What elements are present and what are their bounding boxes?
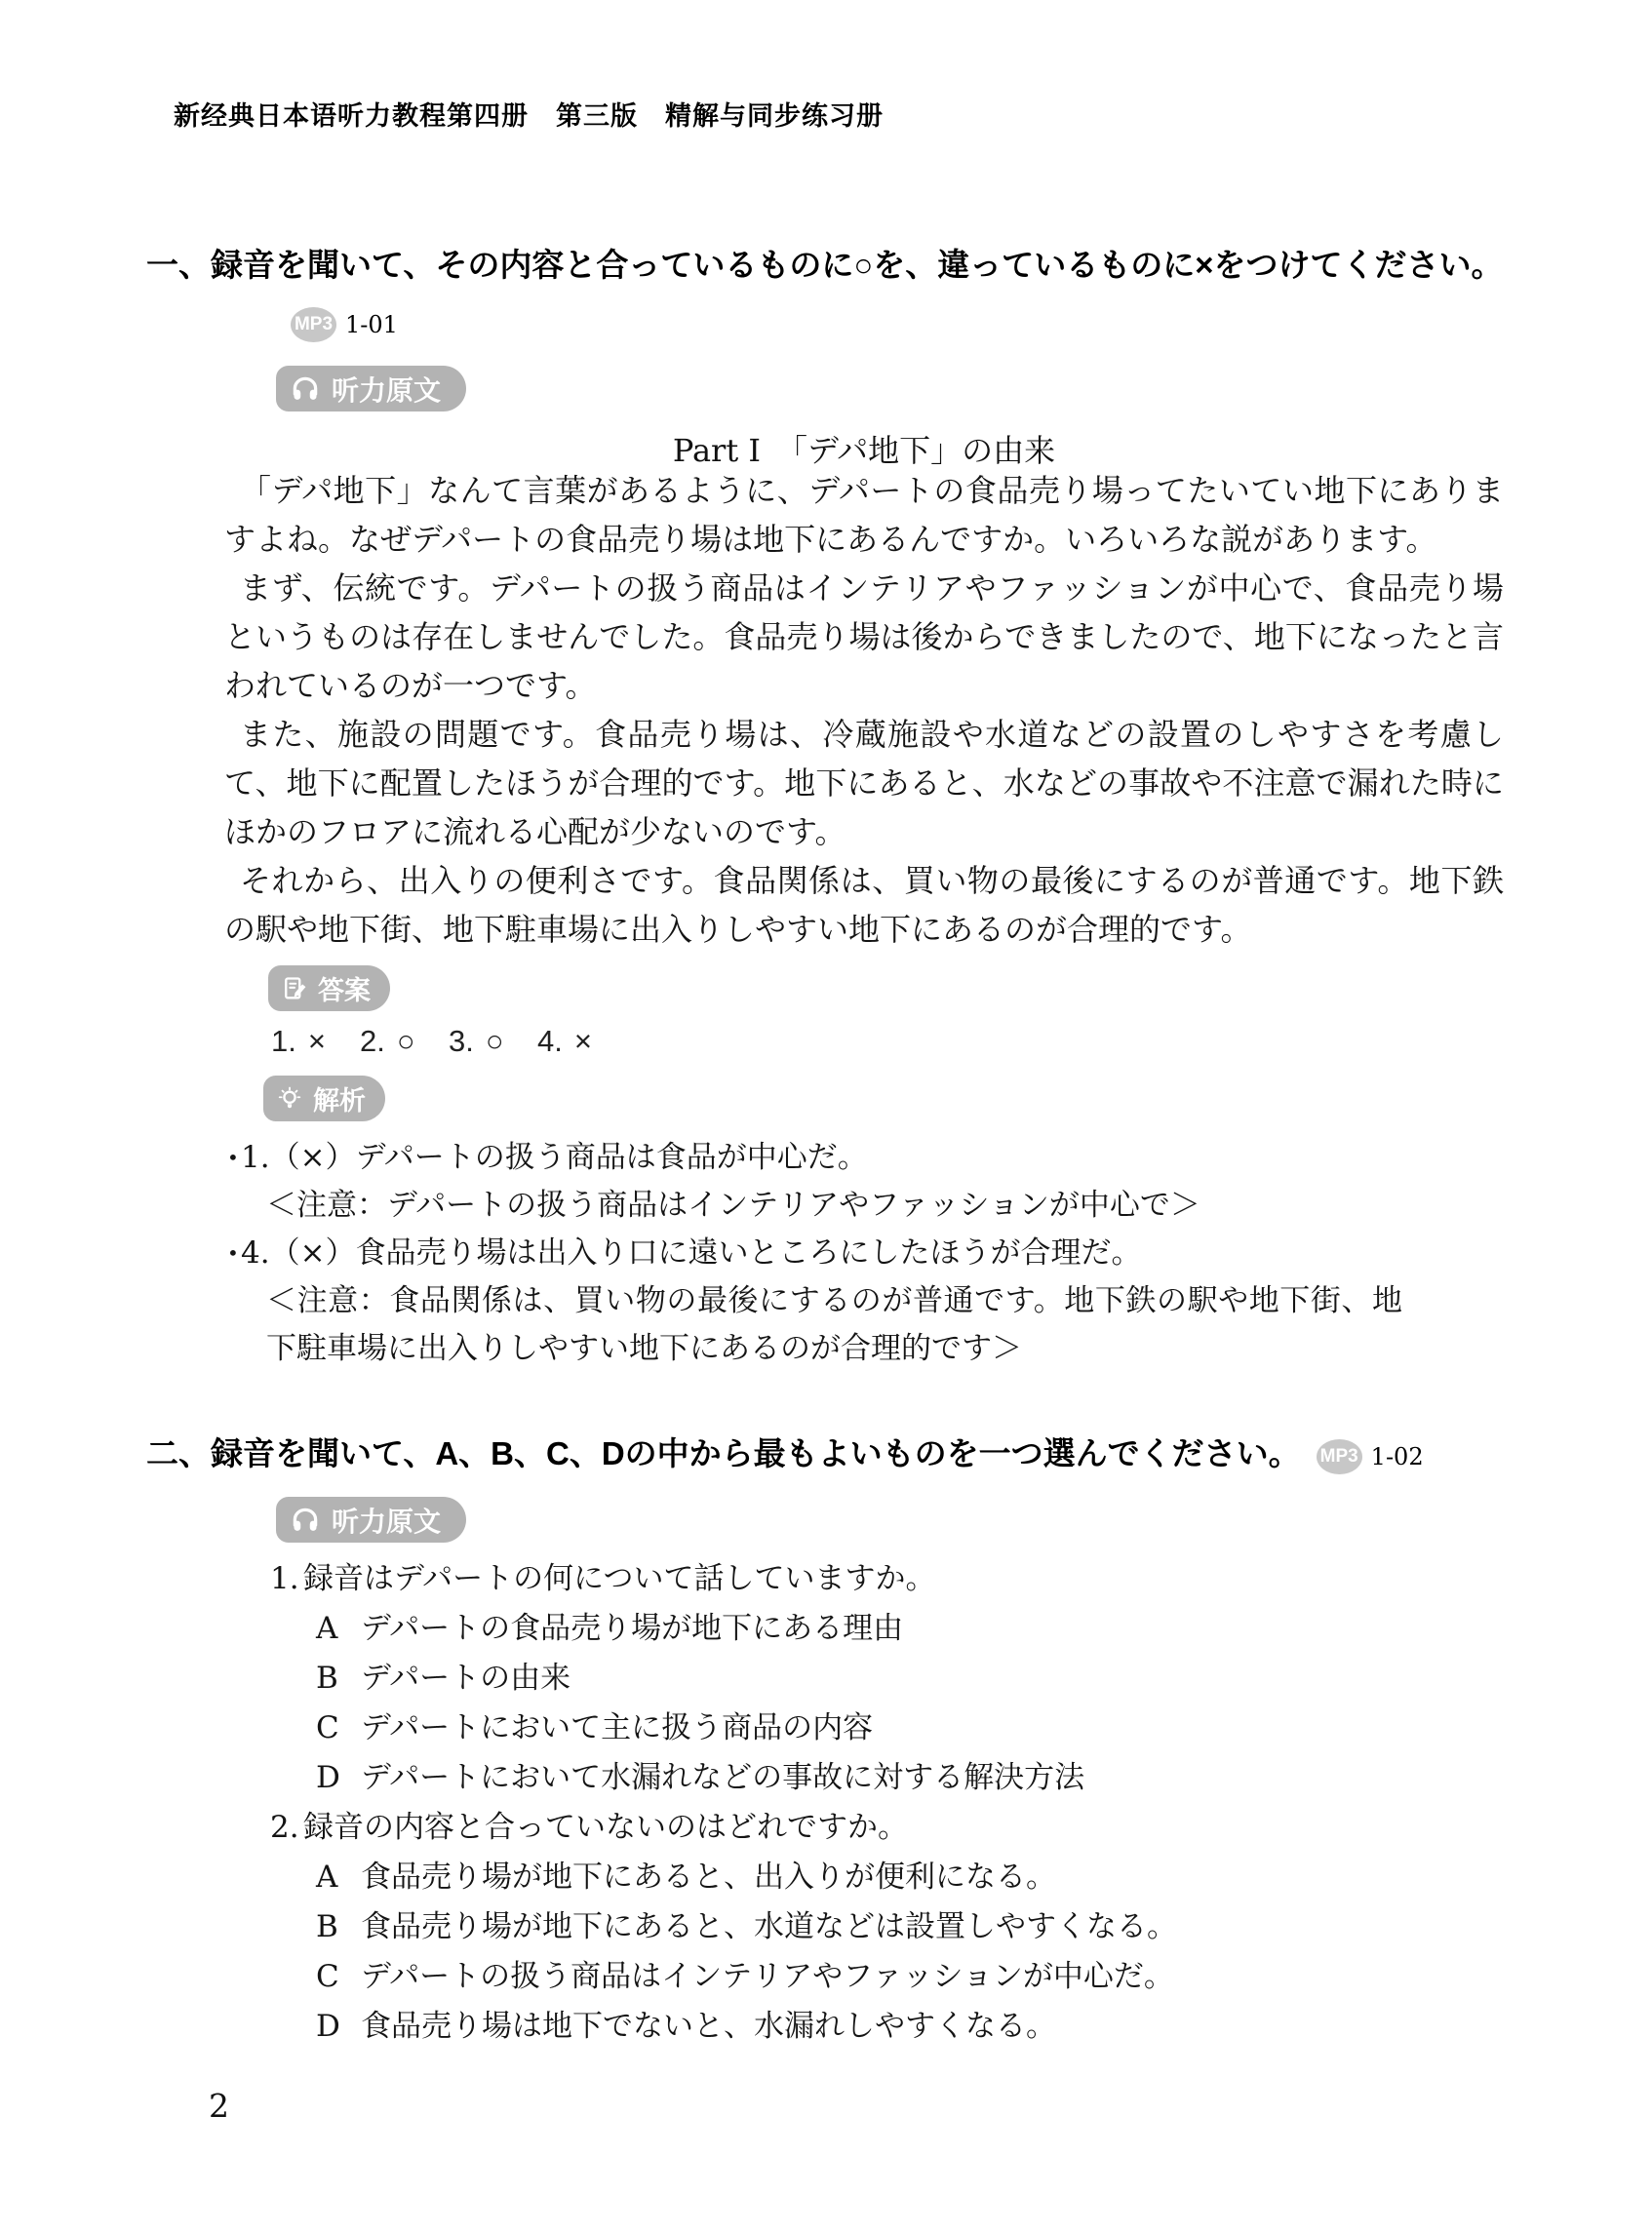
option-row: B 食品売り場が地下にあると、水道などは設置しやすくなる。 (316, 1902, 1177, 1952)
textbook-page: 新经典日本语听力教程第四册 第三版 精解与同步练习册 一、録音を聞いて、その内容… (0, 0, 1652, 2233)
transcript-paragraph: まず、伝統です。デパートの扱う商品はインテリアやファッションが中心で、食品売り場… (224, 564, 1504, 710)
question-list: 1. 録音はデパートの何について話していますか。 A デパートの食品売り場が地下… (270, 1554, 1177, 2052)
option-text: デパートの食品売り場が地下にある理由 (361, 1604, 903, 1654)
answer-mark: × (308, 1024, 326, 1059)
bullet-icon: • (227, 1230, 241, 1277)
transcript-badge-label: 听力原文 (332, 370, 441, 409)
bullet-icon: • (227, 1134, 241, 1182)
option-letter: C (316, 1704, 361, 1753)
section-2-heading-text: 二、録音を聞いて、A、B、C、Dの中から最もよいものを一つ選んでください。 (146, 1435, 1301, 1471)
option-text: 食品売り場は地下でないと、水漏れしやすくなる。 (361, 2002, 1056, 2052)
mp3-indicator-2: MP31-02 (1317, 1429, 1424, 1485)
question-row: 2. 録音の内容と合っていないのはどれですか。 (270, 1803, 1177, 1853)
analysis-item-note: ＜注意：食品関係は、買い物の最後にするのが普通です。地下鉄の駅や地下街、地下駐車… (266, 1277, 1402, 1373)
lightbulb-icon (276, 1085, 303, 1113)
transcript-badge-1: 听力原文 (276, 366, 466, 411)
mp3-indicator-1: MP31-01 (291, 296, 398, 353)
option-row: C デパートにおいて主に扱う商品の内容 (316, 1704, 1177, 1753)
section-2-heading: 二、録音を聞いて、A、B、C、Dの中から最もよいものを一つ選んでください。MP3… (146, 1426, 1652, 1485)
analysis-item-text: （×）食品売り場は出入り口に遠いところにしたほうが合理だ。 (270, 1230, 1142, 1277)
analysis-item-mark: （×） (270, 1235, 356, 1271)
page-number: 2 (209, 2087, 229, 2125)
answer-mark: ○ (486, 1024, 504, 1059)
answer-item: 2.○ (360, 1024, 449, 1059)
option-text: 食品売り場が地下にあると、出入りが便利になる。 (361, 1853, 1056, 1902)
transcript-paragraph: それから、出入りの便利さです。食品関係は、買い物の最後にするのが普通です。地下鉄… (224, 856, 1504, 954)
analysis-item-statement: 食品売り場は出入り口に遠いところにしたほうが合理だ。 (356, 1235, 1142, 1271)
transcript-body: 「デパ地下」なんて言葉があるように、デパートの食品売り場ってたいてい地下にありま… (224, 466, 1504, 954)
option-row: C デパートの扱う商品はインテリアやファッションが中心だ。 (316, 1952, 1177, 2002)
option-letter: C (316, 1952, 361, 2002)
section-1-heading-text: 一、録音を聞いて、その内容と合っているものに○を、違っているものに×をつけてくだ… (146, 247, 1504, 283)
option-letter: D (316, 2002, 361, 2052)
mp3-track-number-1: 1-01 (345, 296, 398, 353)
transcript-badge-label: 听力原文 (332, 1501, 441, 1540)
analysis-item-number: 1. (241, 1134, 270, 1182)
option-text: デパートにおいて主に扱う商品の内容 (361, 1704, 873, 1753)
headphones-icon (291, 1506, 320, 1535)
answer-mark: ○ (397, 1024, 415, 1059)
analysis-item-mark: （×） (270, 1140, 356, 1175)
option-letter: D (316, 1753, 361, 1803)
option-row: A デパートの食品売り場が地下にある理由 (316, 1604, 1177, 1654)
option-letter: B (316, 1902, 361, 1952)
analysis-item: • 4. （×）食品売り場は出入り口に遠いところにしたほうが合理だ。 ＜注意：食… (227, 1230, 1524, 1373)
analysis-item-line: • 4. （×）食品売り場は出入り口に遠いところにしたほうが合理だ。 (227, 1230, 1524, 1277)
analysis-item-number: 4. (241, 1230, 270, 1277)
option-text: 食品売り場が地下にあると、水道などは設置しやすくなる。 (361, 1902, 1177, 1952)
option-text: デパートの由来 (361, 1654, 570, 1704)
headphones-icon (291, 374, 320, 404)
analysis-list: • 1. （×）デパートの扱う商品は食品が中心だ。 ＜注意：デパートの扱う商品は… (227, 1134, 1524, 1373)
option-text: デパートの扱う商品はインテリアやファッションが中心だ。 (361, 1952, 1174, 2002)
answer-number: 4. (537, 1024, 563, 1059)
question-number: 1. (270, 1554, 303, 1604)
transcript-paragraph: また、施設の問題です。食品売り場は、冷蔵施設や水道などの設置のしやすさを考慮して… (224, 710, 1504, 856)
question-text: 録音の内容と合っていないのはどれですか。 (303, 1803, 908, 1853)
option-row: A 食品売り場が地下にあると、出入りが便利になる。 (316, 1853, 1177, 1902)
answer-item: 3.○ (449, 1024, 537, 1059)
question-number: 2. (270, 1803, 303, 1853)
option-letter: A (316, 1853, 361, 1902)
answer-badge-label: 答案 (318, 969, 371, 1007)
question-row: 1. 録音はデパートの何について話していますか。 (270, 1554, 1177, 1604)
option-letter: A (316, 1604, 361, 1654)
answer-item: 1.× (271, 1024, 360, 1059)
option-row: D 食品売り場は地下でないと、水漏れしやすくなる。 (316, 2002, 1177, 2052)
book-header-title: 新经典日本语听力教程第四册 第三版 精解与同步练习册 (174, 100, 884, 132)
option-letter: B (316, 1654, 361, 1704)
option-row: B デパートの由来 (316, 1654, 1177, 1704)
analysis-item-text: （×）デパートの扱う商品は食品が中心だ。 (270, 1134, 868, 1182)
analysis-item-line: • 1. （×）デパートの扱う商品は食品が中心だ。 (227, 1134, 1524, 1182)
transcript-paragraph: 「デパ地下」なんて言葉があるように、デパートの食品売り場ってたいてい地下にありま… (224, 466, 1504, 564)
section-1-heading: 一、録音を聞いて、その内容と合っているものに○を、違っているものに×をつけてくだ… (146, 237, 1582, 353)
analysis-item-note: ＜注意：デパートの扱う商品はインテリアやファッションが中心で＞ (266, 1182, 1402, 1230)
answer-mark: × (574, 1024, 592, 1059)
answer-number: 2. (360, 1024, 385, 1059)
part-title: Part I 「デパ地下」の由来 (224, 426, 1504, 471)
option-row: D デパートにおいて水漏れなどの事故に対する解決方法 (316, 1753, 1177, 1803)
memo-icon (281, 975, 308, 1002)
analysis-badge: 解析 (263, 1076, 385, 1121)
answer-number: 1. (271, 1024, 296, 1059)
answers-row: 1.× 2.○ 3.○ 4.× (271, 1024, 626, 1059)
transcript-badge-2: 听力原文 (276, 1497, 466, 1543)
analysis-badge-label: 解析 (313, 1079, 366, 1117)
mp3-icon: MP3 (291, 307, 336, 342)
answer-item: 4.× (537, 1024, 626, 1059)
analysis-item-statement: デパートの扱う商品は食品が中心だ。 (356, 1140, 868, 1175)
mp3-track-number-2: 1-02 (1371, 1429, 1424, 1485)
answer-number: 3. (449, 1024, 474, 1059)
mp3-icon: MP3 (1317, 1439, 1362, 1474)
analysis-item: • 1. （×）デパートの扱う商品は食品が中心だ。 ＜注意：デパートの扱う商品は… (227, 1134, 1524, 1230)
option-text: デパートにおいて水漏れなどの事故に対する解決方法 (361, 1753, 1084, 1803)
question-text: 録音はデパートの何について話していますか。 (303, 1554, 936, 1604)
answer-badge: 答案 (268, 965, 390, 1011)
